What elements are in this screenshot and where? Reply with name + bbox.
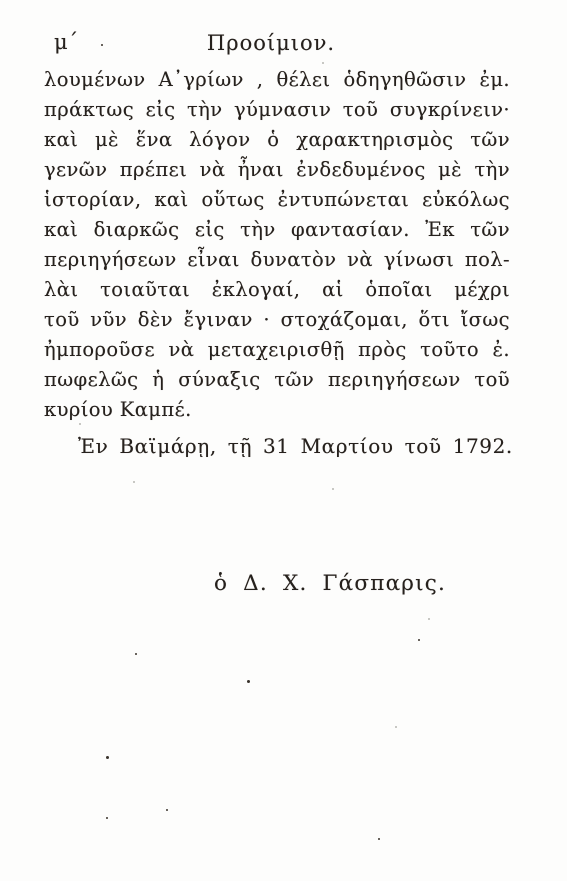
ink-speck: [106, 817, 108, 819]
ink-speck: [79, 423, 81, 425]
body-line: λὰι τοιαῦται ἐκλογαί, αἱ ὁποῖαι μέχρι: [44, 275, 510, 305]
ink-speck: [133, 481, 135, 483]
ink-speck: [322, 62, 324, 64]
quire-signature-mark: μ΄: [54, 30, 78, 54]
ink-speck: [101, 44, 103, 46]
ink-speck: [166, 809, 168, 811]
ink-speck: [332, 488, 334, 490]
body-line: ἱστορίαν, καὶ οὕτως ἐντυπώνεται εὐκόλως: [44, 185, 510, 215]
body-line: τοῦ νῦν δὲν ἔγιναν · στοχάζομαι, ὅτι ἴσω…: [44, 305, 510, 335]
body-line: λουμένων Α᾽γρίων , θέλει ὁδηγηθῶσιν ἐμ.: [44, 65, 510, 95]
ink-speck: [247, 680, 250, 683]
ink-speck: [395, 726, 397, 728]
preface-paragraph: λουμένων Α᾽γρίων , θέλει ὁδηγηθῶσιν ἐμ. …: [44, 65, 510, 425]
ink-speck: [428, 618, 430, 620]
author-signature: ὁ Δ. Χ. Γάσπαρις.: [214, 571, 446, 596]
ink-speck: [106, 756, 109, 759]
body-line: καὶ διαρκῶς εἰς τὴν φαντασίαν. Ἐκ τῶν: [44, 215, 510, 245]
ink-speck: [418, 639, 420, 641]
body-line: καὶ μὲ ἕνα λόγον ὁ χαρακτηρισμὸς τῶν: [44, 125, 510, 155]
ink-speck: [135, 653, 137, 655]
page-title: Προοίμιον.: [207, 31, 335, 55]
ink-speck: [378, 838, 380, 840]
body-line: πωφελῶς ἡ σύναξις τῶν περιηγήσεων τοῦ: [44, 365, 510, 395]
body-line: περιηγήσεων εἶναι δυνατὸν νὰ γίνωσι πολ-: [44, 245, 510, 275]
body-line: ἠμποροῦσε νὰ μεταχειρισθῇ πρὸς τοῦτο ἐ.: [44, 335, 510, 365]
body-line: κυρίου Καμπέ.: [44, 395, 510, 425]
body-line: γενῶν πρέπει νὰ ἦναι ἐνδεδυμένος μὲ τὴν: [44, 155, 510, 185]
body-line: πράκτως εἰς τὴν γύμνασιν τοῦ συγκρίνειν·: [44, 95, 510, 125]
book-page: μ΄ Προοίμιον. λουμένων Α᾽γρίων , θέλει ὁ…: [0, 0, 567, 881]
dateline: Ἐν Βαϊμάρῃ, τῇ 31 Μαρτίου τοῦ 1792.: [78, 434, 513, 458]
